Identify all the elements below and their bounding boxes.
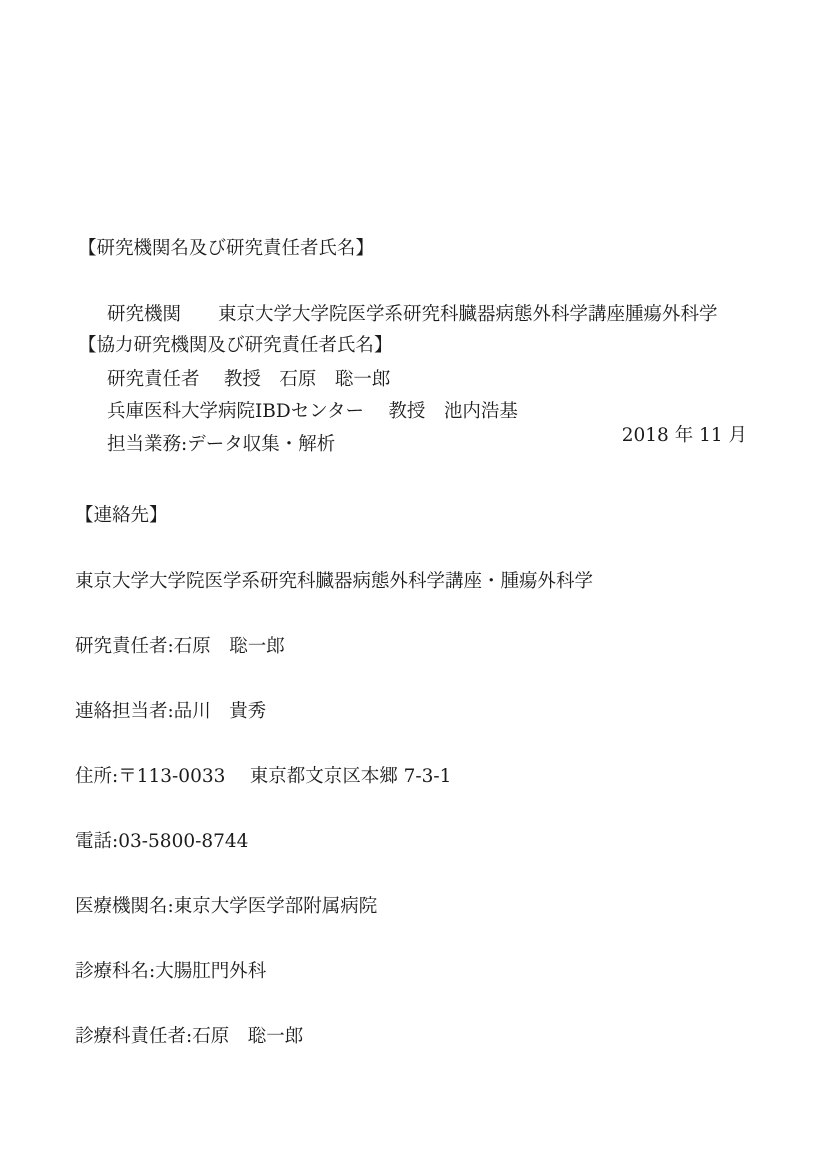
contact-person: 連絡担当者:品川 貴秀 — [75, 701, 766, 723]
contact-principal-investigator: 研究責任者:石原 聡一郎 — [75, 636, 766, 658]
collab-org-member: 兵庫医科大学病院IBDセンター 教授 池内浩基 — [78, 401, 766, 423]
contact-affiliation: 東京大学大学院医学系研究科臓器病態外科学講座・腫瘍外科学 — [75, 571, 766, 593]
contact-department-head: 診療科責任者:石原 聡一郎 — [75, 1026, 766, 1048]
contact-medical-institution: 医療機関名:東京大学医学部附属病院 — [75, 896, 766, 918]
collab-org-heading: 【協力研究機関及び研究責任者氏名】 — [78, 335, 766, 357]
date-line: 2018 年 11 月 — [622, 425, 747, 447]
contact-heading: 【連絡先】 — [75, 505, 766, 527]
document-page: 【研究機関名及び研究責任者氏名】 研究機関 東京大学大学院医学系研究科臓器病態外… — [0, 0, 826, 1169]
contact-phone: 電話:03-5800-8744 — [75, 831, 766, 853]
contact-department: 診療科名:大腸肛門外科 — [75, 961, 766, 983]
contact-address: 住所:〒113-0033 東京都文京区本郷 7-3-1 — [75, 766, 766, 788]
section-contact: 【連絡先】 東京大学大学院医学系研究科臓器病態外科学講座・腫瘍外科学 研究責任者… — [75, 462, 766, 1091]
research-org-heading: 【研究機関名及び研究責任者氏名】 — [78, 238, 766, 260]
